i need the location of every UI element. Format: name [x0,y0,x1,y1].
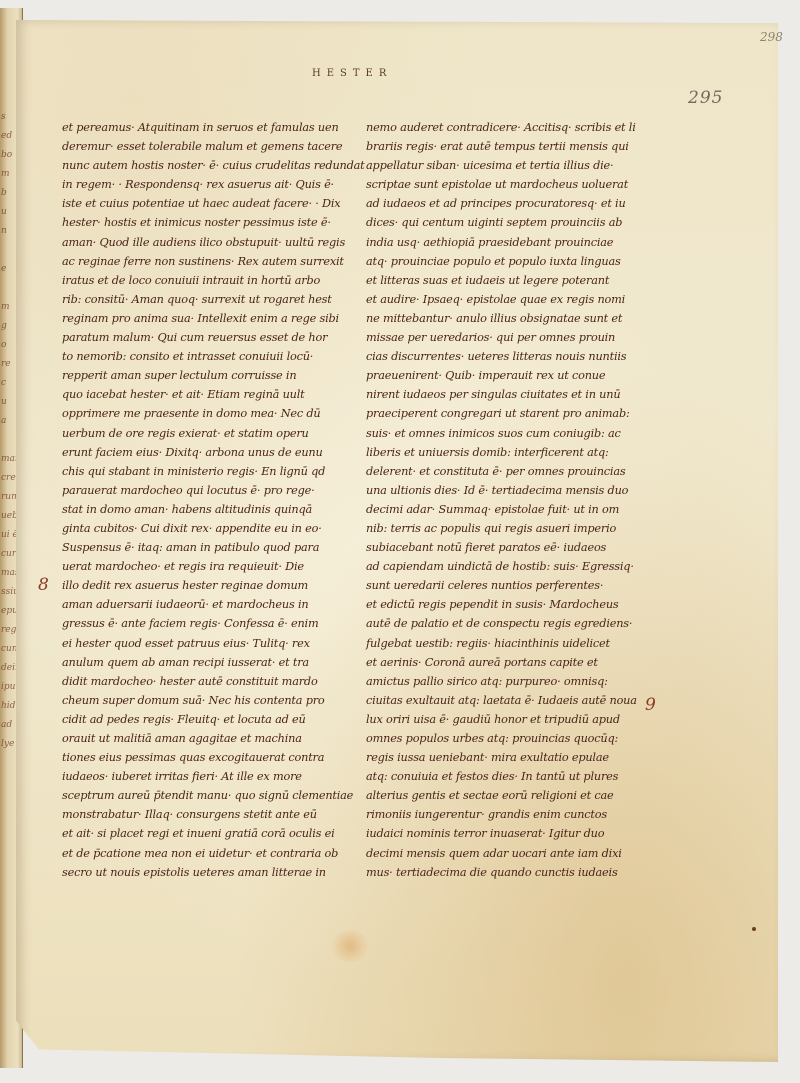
text-line: rimoniis iungerentur· grandis enim cunct… [366,805,676,824]
text-line: stat in domo aman· habens altitudinis qu… [62,500,334,519]
text-line: opprimere me praesente in domo mea· Nec … [62,404,334,423]
text-line: autē de palatio et de conspectu regis eg… [366,614,676,633]
text-line: praeciperent congregari ut starent pro a… [366,404,676,423]
text-line: missae per ueredarios· qui per omnes pro… [366,328,676,347]
text-line: dices· qui centum uiginti septem prouinc… [366,213,676,232]
text-line: decimi adar· Summaq· epistolae fuit· ut … [366,500,676,519]
text-line: omnes populos urbes atq: prouincias quoc… [366,729,676,748]
text-line: et ait· si placet regi et inueni gratiā … [62,824,334,843]
text-line: amictus pallio sirico atq: purpureo· omn… [366,672,676,691]
text-line: parauerat mardocheo qui locutus ē· pro r… [62,481,334,500]
text-line: cias discurrentes· ueteres litteras noui… [366,347,676,366]
text-line: sceptrum aureū p̄tendit manu· quo signū … [62,786,334,805]
text-column-left: et pereamus· Atquitinam in seruos et fam… [62,118,334,882]
text-line: cheum super domum suā· Nec his contenta … [62,691,334,710]
text-line: hester· hostis et inimicus noster pessim… [62,213,334,232]
text-line: nemo auderet contradicere· Accitisq· scr… [366,118,676,137]
text-line: nirent iudaeos per singulas ciuitates et… [366,385,676,404]
text-line: cidit ad pedes regis· Fleuitq· et locuta… [62,710,334,729]
text-line: lux oriri uisa ē· gaudiū honor et tripud… [366,710,676,729]
text-line: rib: consitū· Aman quoq· surrexit ut rog… [62,290,334,309]
folio-number-ink: 295 [688,88,723,108]
text-line: ne mittebantur· anulo illius obsignatae … [366,309,676,328]
text-line: iste et cuius potentiae ut haec audeat f… [62,194,334,213]
text-line: ciuitas exultauit atq: laetata ē· Iudaei… [366,691,676,710]
text-line: india usq· aethiopiā praesidebant prouin… [366,233,676,252]
text-line: reginam pro anima sua· Intellexit enim a… [62,309,334,328]
parchment-stain [330,930,370,962]
text-line: repperit aman super lectulum corruisse i… [62,366,334,385]
text-column-right: nemo auderet contradicere· Accitisq· scr… [366,118,676,882]
text-line: alterius gentis et sectae eorū religioni… [366,786,676,805]
text-line: subiacebant notū fieret paratos eē· iuda… [366,538,676,557]
text-line: erunt faciem eius· Dixitq· arbona unus d… [62,443,334,462]
text-line: aman aduersarii iudaeorū· et mardocheus … [62,595,334,614]
text-line: uerat mardocheo· et regis ira requieuit·… [62,557,334,576]
text-line: sunt ueredarii celeres nuntios perferent… [366,576,676,595]
text-line: paratum malum· Qui cum reuersus esset de… [62,328,334,347]
text-line: Suspensus ē· itaq: aman in patibulo quod… [62,538,334,557]
text-line: delerent· et constituta ē· per omnes pro… [366,462,676,481]
text-line: brariis regis· erat autē tempus tertii m… [366,137,676,156]
ink-spot [752,927,756,931]
folio-number-pencil: 298 [760,30,783,44]
text-line: et edictū regis pependit in susis· Mardo… [366,595,676,614]
text-line: scriptae sunt epistolae ut mardocheus uo… [366,175,676,194]
text-line: ad iudaeos et ad principes procuratoresq… [366,194,676,213]
text-line: et litteras suas et iudaeis ut legere po… [366,271,676,290]
text-line: gressus ē· ante faciem regis· Confessa ē… [62,614,334,633]
text-line: uerbum de ore regis exierat· et statim o… [62,424,334,443]
text-line: suis· et omnes inimicos suos cum coniugi… [366,424,676,443]
text-line: monstrabatur· Illaq· consurgens stetit a… [62,805,334,824]
text-line: regis iussa ueniebant· mira exultatio ep… [366,748,676,767]
text-line: decimi mensis quem adar uocari ante iam … [366,844,676,863]
text-line: praeuenirent· Quib· imperauit rex ut con… [366,366,676,385]
text-line: chis qui stabant in ministerio regis· En… [62,462,334,481]
text-line: nib: terris ac populis qui regis asueri … [366,519,676,538]
text-line: tiones eius pessimas quas excogitauerat … [62,748,334,767]
text-line: mus· tertiadecima die quando cunctis iud… [366,863,676,882]
text-line: in regem· · Respondensq· rex asuerus ait… [62,175,334,194]
text-line: et pereamus· Atquitinam in seruos et fam… [62,118,334,137]
text-line: nunc autem hostis noster· ē· cuius crude… [62,156,334,175]
chapter-number-left: 8 [38,575,49,595]
text-line: orauit ut malitiā aman agagitae et machi… [62,729,334,748]
text-line: anulum quem ab aman recipi iusserat· et … [62,653,334,672]
text-line: didit mardocheo· hester autē constituit … [62,672,334,691]
text-line: et de p̄catione mea non ei uidetur· et c… [62,844,334,863]
text-line: ginta cubitos· Cui dixit rex· appendite … [62,519,334,538]
text-line: iudaeos· iuberet irritas fieri· At ille … [62,767,334,786]
text-line: ac reginae ferre non sustinens· Rex aute… [62,252,334,271]
text-line: iudaici nominis terror inuaserat· Igitur… [366,824,676,843]
text-line: to nemorib: consito et intrasset conuiui… [62,347,334,366]
text-line: quo iacebat hester· et ait· Etiam reginā… [62,385,334,404]
text-line: secro ut nouis epistolis ueteres aman li… [62,863,334,882]
text-line: atq· prouinciae populo et populo iuxta l… [366,252,676,271]
text-line: iratus et de loco conuiuii intrauit in h… [62,271,334,290]
text-line: ad capiendam uindictā de hostib: suis· E… [366,557,676,576]
text-line: appellatur siban· uicesima et tertia ill… [366,156,676,175]
text-line: et audire· Ipsaeq· epistolae quae ex reg… [366,290,676,309]
text-line: ei hester quod esset patruus eius· Tulit… [62,634,334,653]
text-line: deremur· esset tolerabile malum et gemen… [62,137,334,156]
text-line: fulgebat uestib: regiis· hiacinthinis ui… [366,634,676,653]
text-line: aman· Quod ille audiens ilico obstupuit·… [62,233,334,252]
text-line: una ultionis dies· Id ē· tertiadecima me… [366,481,676,500]
text-line: et aerinis· Coronā aureā portans capite … [366,653,676,672]
text-line: illo dedit rex asuerus hester reginae do… [62,576,334,595]
text-line: atq: conuiuia et festos dies· In tantū u… [366,767,676,786]
running-head: HESTER [312,68,392,79]
text-line: liberis et uniuersis domib: interficeren… [366,443,676,462]
